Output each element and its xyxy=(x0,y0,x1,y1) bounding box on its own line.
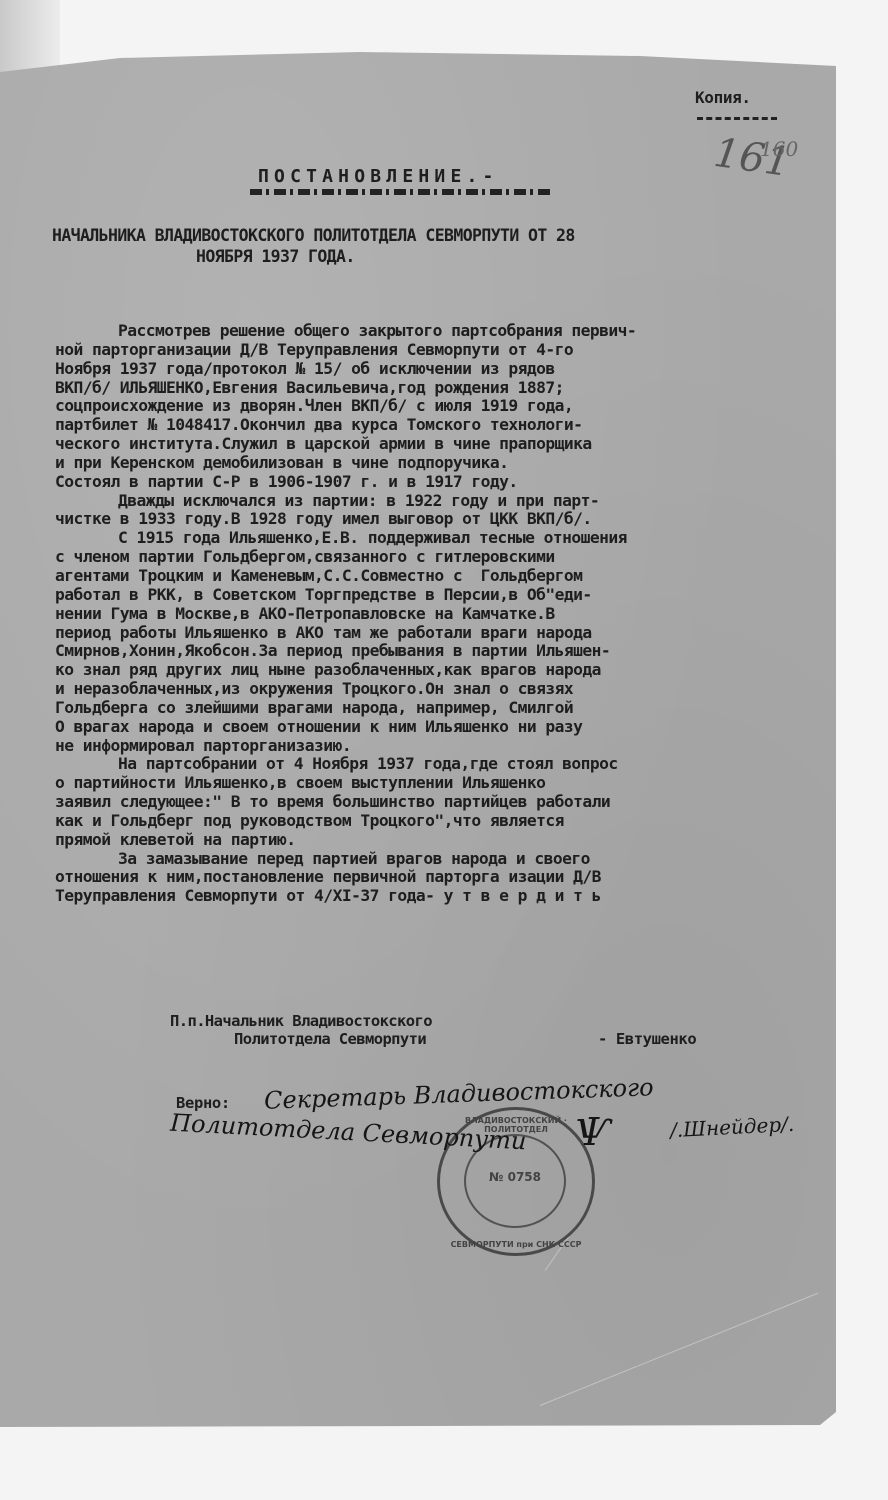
body-text-line: и неразоблаченных,из окружения Троцкого.… xyxy=(55,680,636,699)
document-title: ПОСТАНОВЛЕНИЕ.- xyxy=(258,167,499,186)
body-text-line: период работы Ильяшенко в АКО там же раб… xyxy=(55,624,636,643)
body-text-line: Состоял в партии С-Р в 1906-1907 г. и в … xyxy=(55,473,636,492)
document-subtitle-line1: НАЧАЛЬНИКА ВЛАДИВОСТОКСКОГО ПОЛИТОТДЕЛА … xyxy=(52,226,575,245)
body-text-line: Дважды исключался из партии: в 1922 году… xyxy=(55,492,636,511)
body-text-line: заявил следующее:" В то время большинств… xyxy=(55,793,636,812)
body-text-line: ВКП/б/ ИЛЬЯШЕНКО,Евгения Васильевича,год… xyxy=(55,379,636,398)
body-text-line: прямой клеветой на партию. xyxy=(55,831,636,850)
body-text-line: На партсобрании от 4 Ноября 1937 года,гд… xyxy=(55,755,636,774)
body-text-line: и при Керенском демобилизован в чине под… xyxy=(55,454,636,473)
body-text-line: о партийности Ильяшенко,в своем выступле… xyxy=(55,774,636,793)
body-text-line: партбилет № 1048417.Окончил два курса То… xyxy=(55,416,636,435)
body-text-line: Ноября 1937 года/протокол № 15/ об исклю… xyxy=(55,360,636,379)
document-subtitle-line2: НОЯБРЯ 1937 ГОДА. xyxy=(196,247,355,266)
body-text-line: чистке в 1933 году.В 1928 году имел выго… xyxy=(55,510,636,529)
body-text-line: ной парторганизации Д/В Теруправления Се… xyxy=(55,341,636,360)
body-text-line: с членом партии Гольдбергом,связанного с… xyxy=(55,548,636,567)
stamp-number: № 0758 xyxy=(466,1170,564,1184)
archive-folio-number-old: 160 xyxy=(760,137,798,161)
body-text-line: агентами Троцким и Каменевым,С.С.Совмест… xyxy=(55,567,636,586)
body-text-line: Гольдберга со злейшими врагами народа, н… xyxy=(55,699,636,718)
signatory-name: - Евтушенко xyxy=(598,1030,696,1049)
body-text-line: отношения к ним,постановление первичной … xyxy=(55,868,636,887)
body-text-line: соцпроисхождение из дворян.Член ВКП/б/ с… xyxy=(55,397,636,416)
body-text-line: Смирнов,Хонин,Якобсон.За период пребыван… xyxy=(55,642,636,661)
signatory-title-line2: Политотдела Севморпути xyxy=(234,1030,426,1049)
handwritten-signature-mark: Ѱ xyxy=(575,1110,611,1154)
copy-mark: Копия. xyxy=(695,88,751,107)
document-body: Рассмотрев решение общего закрытого парт… xyxy=(55,322,636,906)
body-text-line: О врагах народа и своем отношении к ним … xyxy=(55,718,636,737)
body-text-line: ко знал ряд других лиц ныне разоблаченны… xyxy=(55,661,636,680)
body-text-line: нении Гума в Москве,в АКО-Петропавловске… xyxy=(55,605,636,624)
body-text-line: За замазывание перед партией врагов наро… xyxy=(55,850,636,869)
body-text-line: как и Гольдберг под руководством Троцког… xyxy=(55,812,636,831)
body-text-line: Рассмотрев решение общего закрытого парт… xyxy=(55,322,636,341)
signatory-title-line1: П.п.Начальник Владивостокского xyxy=(170,1012,432,1031)
body-text-line: С 1915 года Ильяшенко,Е.В. поддерживал т… xyxy=(55,529,636,548)
body-text-line: работал в РКК, в Советском Торгпредстве … xyxy=(55,586,636,605)
title-underline xyxy=(250,189,550,195)
body-text-line: ческого института.Служил в царской армии… xyxy=(55,435,636,454)
body-text-line: не информировал парторганизазию. xyxy=(55,737,636,756)
copy-mark-underline xyxy=(697,117,777,120)
body-text-line: Теруправления Севморпути от 4/XI-37 года… xyxy=(55,887,636,906)
stamp-ring-bottom-text: СЕВМОРПУТИ при СНК СССР xyxy=(440,1240,592,1249)
